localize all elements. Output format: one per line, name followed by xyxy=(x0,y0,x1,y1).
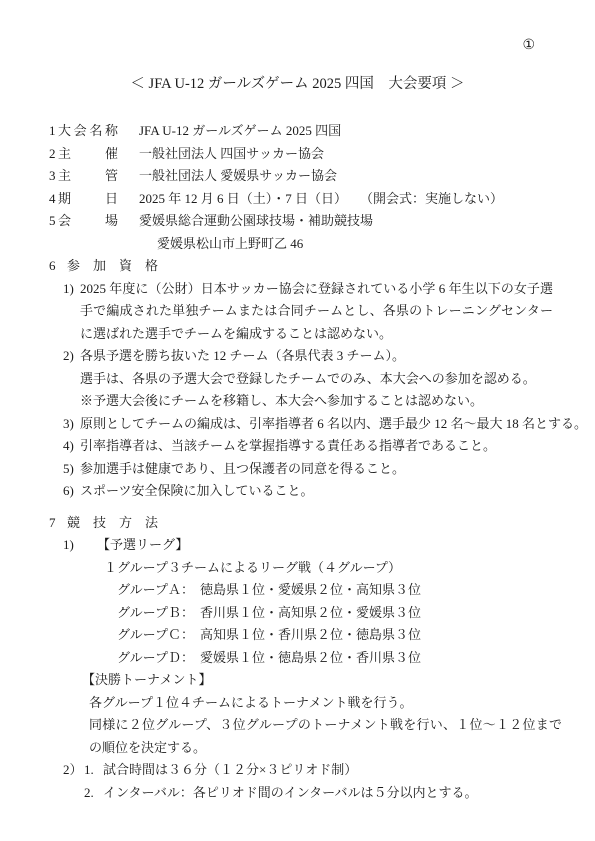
item-marker: 1) xyxy=(63,534,80,557)
group-teams: 愛媛県１位・徳島県２位・香川県３位 xyxy=(200,647,421,670)
group-d-line: グループＤ： 愛媛県１位・徳島県２位・香川県３位 xyxy=(0,647,595,670)
rules-marker: 2） xyxy=(63,759,84,782)
item-label: 会場 xyxy=(58,210,118,233)
eligibility-item-line: 各県予選を勝ち抜いた 12 チーム（各県代表 3 チーム）。 xyxy=(80,345,536,368)
eligibility-item-4: 4) 引率指導者は、当該チームを掌握指導する責任ある指導者であること。 xyxy=(0,435,595,458)
section-number: 7 xyxy=(49,512,67,535)
overview-item-organizer: 3 主管 一般社団法人 愛媛県サッカー協会 xyxy=(0,165,595,188)
overview-section: 1 大会名称 JFA U-12 ガールズゲーム 2025 四国 2 主催 一般社… xyxy=(0,120,595,255)
preliminary-format-line: １グループ３チームによるリーグ戦（４グループ） xyxy=(0,557,595,580)
item-text: 引率指導者は、当該チームを掌握指導する責任ある指導者であること。 xyxy=(80,435,496,458)
eligibility-item-2: 2) 各県予選を勝ち抜いた 12 チーム（各県代表 3 チーム）。 選手は、各県… xyxy=(0,345,595,413)
item-number: 3 xyxy=(49,165,58,188)
group-label: グループＤ： xyxy=(117,647,194,670)
eligibility-heading-row: 6 参加資格 xyxy=(0,255,595,278)
group-label: グループＡ： xyxy=(117,579,194,602)
rule-text: インターバル：各ピリオド間のインターバルは５分以内とする。 xyxy=(103,782,478,805)
item-label: 期日 xyxy=(58,188,118,211)
overview-item-venue: 5 会場 愛媛県総合運動公園球技場・補助競技場 xyxy=(0,210,595,233)
group-teams: 高知県１位・香川県２位・徳島県３位 xyxy=(200,624,421,647)
section-heading: 競技方法 xyxy=(67,512,171,535)
competition-section: 7 競技方法 1) 【予選リーグ】 １グループ３チームによるリーグ戦（４グループ… xyxy=(0,512,595,805)
final-tournament-line-2-wrap: 同様に２位グループ、３位グループのトーナメント戦を行い、１位～１２位までの順位を… xyxy=(0,714,595,759)
preliminary-league-heading-row: 1) 【予選リーグ】 xyxy=(0,534,595,557)
eligibility-item-5: 5) 参加選手は健康であり、且つ保護者の同意を得ること。 xyxy=(0,458,595,481)
group-b-line: グループＢ： 香川県１位・高知県２位・愛媛県３位 xyxy=(0,602,595,625)
group-teams: 香川県１位・高知県２位・愛媛県３位 xyxy=(200,602,421,625)
item-marker: 3) xyxy=(63,413,80,436)
eligibility-item-line: ※予選大会後にチームを移籍し、本大会へ参加することは認めない。 xyxy=(80,390,536,413)
item-number: 1 xyxy=(49,120,58,143)
competition-heading-row: 7 競技方法 xyxy=(0,512,595,535)
eligibility-item-3: 3) 原則としてチームの編成は、引率指導者 6 名以内、選手最少 12 名～最大… xyxy=(0,413,595,436)
group-c-line: グループＣ： 高知県１位・香川県２位・徳島県３位 xyxy=(0,624,595,647)
group-label: グループＢ： xyxy=(117,602,194,625)
document-page: ① ＜ JFA U-12 ガールズゲーム 2025 四国 大会要項 ＞ 1 大会… xyxy=(0,0,595,841)
item-value: 一般社団法人 愛媛県サッカー協会 xyxy=(139,165,337,188)
group-teams: 徳島県１位・愛媛県２位・高知県３位 xyxy=(200,579,421,602)
item-label: 大会名称 xyxy=(58,120,118,143)
final-tournament-heading: 【決勝トーナメント】 xyxy=(0,669,595,692)
item-marker: 1) xyxy=(63,278,80,346)
final-tournament-line-2: 同様に２位グループ、３位グループのトーナメント戦を行い、１位～１２位までの順位を… xyxy=(89,714,562,759)
document-title: ＜ JFA U-12 ガールズゲーム 2025 四国 大会要項 ＞ xyxy=(0,0,595,94)
venue-address-line: 愛媛県松山市上野町乙 46 xyxy=(0,233,595,256)
overview-item-name: 1 大会名称 JFA U-12 ガールズゲーム 2025 四国 xyxy=(0,120,595,143)
item-lines: 各県予選を勝ち抜いた 12 チーム（各県代表 3 チーム）。 選手は、各県の予選… xyxy=(80,345,536,413)
preliminary-league-heading: 【予選リーグ】 xyxy=(97,534,188,557)
match-rule-2-row: 2. インターバル：各ピリオド間のインターバルは５分以内とする。 xyxy=(0,782,595,805)
eligibility-item-6: 6) スポーツ安全保険に加入していること。 xyxy=(0,480,595,503)
final-tournament-line-1: 各グループ１位４チームによるトーナメント戦を行う。 xyxy=(0,692,595,715)
item-label: 主管 xyxy=(58,165,118,188)
item-number: 5 xyxy=(49,210,58,233)
rule-number: 1. xyxy=(84,759,103,782)
item-value: JFA U-12 ガールズゲーム 2025 四国 xyxy=(139,120,341,143)
match-rule-1-row: 2） 1. 試合時間は３６分（１２分×３ピリオド制） xyxy=(0,759,595,782)
eligibility-item-1: 1) 2025 年度に（公財）日本サッカー協会に登録されている小学 6 年生以下… xyxy=(0,278,595,346)
item-value: 2025 年 12 月 6 日（土）・7 日（日） （開会式：実施しない） xyxy=(139,188,503,211)
item-text: スポーツ安全保険に加入していること。 xyxy=(80,480,313,503)
eligibility-item-line: 選手は、各県の予選大会で登録したチームでのみ、本大会への参加を認める。 xyxy=(80,368,536,391)
group-a-line: グループＡ： 徳島県１位・愛媛県２位・高知県３位 xyxy=(0,579,595,602)
item-value: 愛媛県総合運動公園球技場・補助競技場 xyxy=(139,210,373,233)
item-number: 2 xyxy=(49,143,58,166)
item-marker: 2) xyxy=(63,345,80,413)
overview-item-dates: 4 期日 2025 年 12 月 6 日（土）・7 日（日） （開会式：実施しな… xyxy=(0,188,595,211)
rule-text: 試合時間は３６分（１２分×３ピリオド制） xyxy=(103,759,357,782)
overview-item-host: 2 主催 一般社団法人 四国サッカー協会 xyxy=(0,143,595,166)
rule-number: 2. xyxy=(84,782,103,805)
section-number: 6 xyxy=(49,255,67,278)
item-text: 参加選手は健康であり、且つ保護者の同意を得ること。 xyxy=(80,458,405,481)
item-text: 2025 年度に（公財）日本サッカー協会に登録されている小学 6 年生以下の女子… xyxy=(80,278,553,346)
item-marker: 5) xyxy=(63,458,80,481)
item-label: 主催 xyxy=(58,143,118,166)
item-number: 4 xyxy=(49,188,58,211)
group-label: グループＣ： xyxy=(117,624,194,647)
section-heading: 参加資格 xyxy=(67,255,171,278)
item-text: 原則としてチームの編成は、引率指導者 6 名以内、選手最少 12 名～最大 18… xyxy=(80,413,587,436)
item-marker: 4) xyxy=(63,435,80,458)
page-number-badge: ① xyxy=(522,38,535,54)
item-value: 一般社団法人 四国サッカー協会 xyxy=(139,143,324,166)
eligibility-section: 6 参加資格 1) 2025 年度に（公財）日本サッカー協会に登録されている小学… xyxy=(0,255,595,503)
item-marker: 6) xyxy=(63,480,80,503)
